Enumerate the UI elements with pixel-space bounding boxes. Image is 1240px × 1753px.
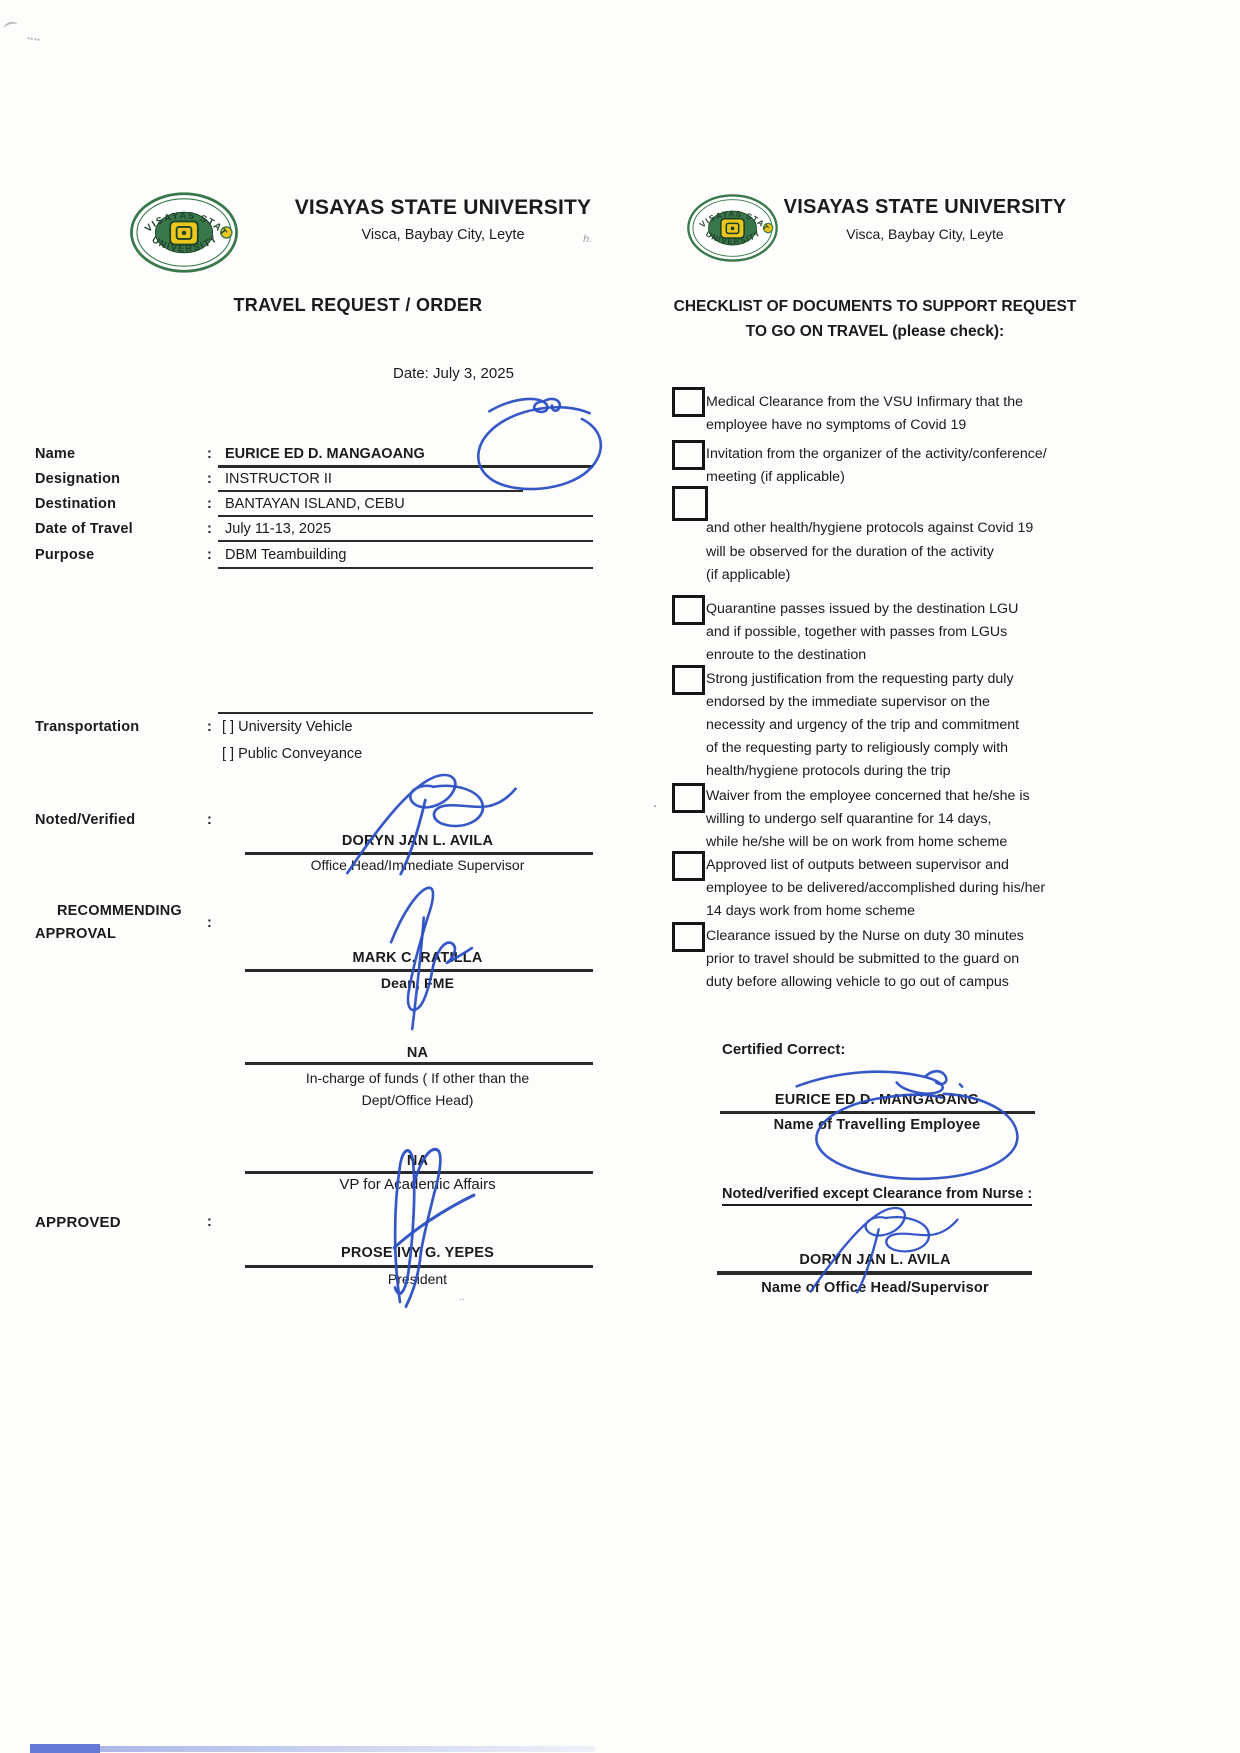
signature-ratilla xyxy=(368,883,493,1031)
field-underline xyxy=(218,540,593,542)
checklist-item-text: Strong justification from the requesting… xyxy=(706,668,1106,783)
checkbox-medical-clearance[interactable] xyxy=(672,387,705,417)
scan-artifact xyxy=(28,31,41,41)
checklist-item-note: and other health/hygiene protocols again… xyxy=(706,517,1106,588)
left-university-name: VISAYAS STATE UNIVERSITY xyxy=(270,196,616,220)
right-university-name: VISAYAS STATE UNIVERSITY xyxy=(765,196,1085,219)
field-value-designation: INSTRUCTOR II xyxy=(225,471,332,487)
scan-artifact: .. xyxy=(455,232,461,243)
field-label-designation: Designation xyxy=(35,471,120,487)
colon: : xyxy=(207,915,212,931)
field-label-destination: Destination xyxy=(35,496,116,512)
scan-artifact: .. xyxy=(459,1292,465,1303)
checkbox-strong-justification[interactable] xyxy=(672,665,705,695)
checklist-item-text: Waiver from the employee concerned that … xyxy=(706,785,1116,854)
checkbox-invitation[interactable] xyxy=(672,440,705,470)
transportation-option-university-vehicle[interactable]: [ ] University Vehicle xyxy=(222,719,353,735)
field-value-name: EURICE ED D. MANGAOANG xyxy=(225,446,425,462)
field-label-name: Name xyxy=(35,446,75,462)
approved-label: APPROVED xyxy=(35,1214,121,1231)
colon: : xyxy=(207,719,212,735)
scan-artifact: ℎ. xyxy=(583,234,592,245)
scan-edge-artifact xyxy=(30,1744,100,1753)
checklist-item-text: Quarantine passes issued by the destinat… xyxy=(706,598,1106,667)
checklist-item-text: Clearance issued by the Nurse on duty 30… xyxy=(706,925,1116,994)
form-title: TRAVEL REQUEST / ORDER xyxy=(212,295,504,316)
checklist-item-text: Approved list of outputs between supervi… xyxy=(706,854,1126,923)
colon: : xyxy=(207,812,212,828)
scan-edge-artifact xyxy=(100,1746,595,1752)
recommending-label-line1: RECOMMENDING xyxy=(57,903,182,919)
field-value-purpose: DBM Teambuilding xyxy=(225,547,346,563)
scan-artifact: ' xyxy=(654,804,656,815)
checklist-item-text: Invitation from the organizer of the act… xyxy=(706,443,1106,489)
colon: : xyxy=(207,496,212,512)
signature-mangaoang xyxy=(782,1058,1034,1190)
funds-na: NA xyxy=(240,1045,595,1061)
field-label-purpose: Purpose xyxy=(35,547,94,563)
right-university-address: Visca, Baybay City, Leyte xyxy=(765,226,1085,242)
signature-yepes xyxy=(352,1140,482,1310)
checklist-title: CHECKLIST OF DOCUMENTS TO SUPPORT REQUES… xyxy=(640,294,1110,344)
field-label-date-of-travel: Date of Travel xyxy=(35,521,133,537)
colon: : xyxy=(207,521,212,537)
checklist-item-text: Medical Clearance from the VSU Infirmary… xyxy=(706,391,1106,437)
transportation-label: Transportation xyxy=(35,719,139,735)
field-underline xyxy=(218,567,593,569)
signature-avila xyxy=(800,1202,970,1294)
checkbox-nurse-clearance[interactable] xyxy=(672,922,705,952)
certified-correct-label: Certified Correct: xyxy=(722,1041,845,1058)
field-value-date-of-travel: July 11-13, 2025 xyxy=(225,521,331,537)
funds-title: In-charge of funds ( If other than the D… xyxy=(240,1067,595,1111)
checkbox-approved-outputs[interactable] xyxy=(672,851,705,881)
form-date: Date: July 3, 2025 xyxy=(393,365,514,382)
left-university-address: Visca, Baybay City, Leyte xyxy=(270,227,616,243)
field-value-destination: BANTAYAN ISLAND, CEBU xyxy=(225,496,405,512)
field-underline xyxy=(218,515,593,517)
scanned-travel-request-document: VISAYAS STATE UNIVERSITY VISAYAS STATE U… xyxy=(0,0,1240,1753)
checkbox-health-protocols[interactable] xyxy=(672,486,708,521)
transportation-topline xyxy=(218,712,593,714)
checkbox-waiver[interactable] xyxy=(672,783,705,813)
transportation-option-public-conveyance[interactable]: [ ] Public Conveyance xyxy=(222,746,362,762)
signature-avila xyxy=(335,768,530,876)
scan-artifact xyxy=(3,20,19,33)
university-seal-icon: VISAYAS STATE UNIVERSITY xyxy=(128,191,240,274)
signature-mangaoang-oval xyxy=(462,392,617,498)
colon: : xyxy=(207,446,212,462)
signature-line xyxy=(245,1062,593,1065)
noted-verified-label: Noted/Verified xyxy=(35,812,135,828)
recommending-label-line2: APPROVAL xyxy=(35,926,116,942)
colon: : xyxy=(207,547,212,563)
checkbox-quarantine-passes[interactable] xyxy=(672,595,705,625)
colon: : xyxy=(207,471,212,487)
colon: : xyxy=(207,1214,212,1230)
